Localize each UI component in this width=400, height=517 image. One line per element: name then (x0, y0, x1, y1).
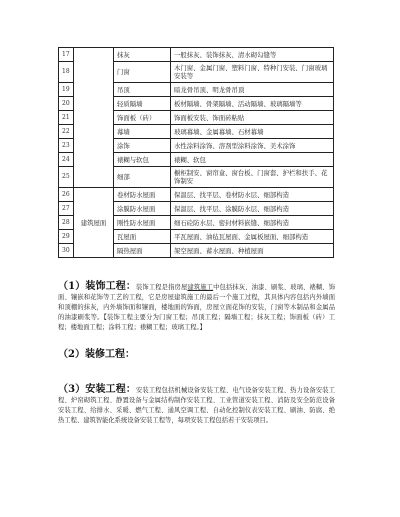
item-name: 裱糊与软包 (114, 153, 171, 167)
item-description: 保温层、找平层、卷材防水层、细部构造 (171, 188, 334, 202)
document-page: 17 抹灰 一般抹灰、装饰抹灰、清水砌勾缝等 18 门窗 木门窗、金属门窗、塑料… (0, 0, 400, 517)
item-name: 幕墙 (114, 125, 171, 139)
item-description: 架空屋面、蓄水屋面、种植屋面 (171, 244, 334, 258)
item-name: 抹灰 (114, 48, 171, 62)
underlined-link-text: 建筑施工 (187, 284, 213, 291)
row-number: 24 (59, 153, 74, 167)
item-description: 平瓦屋面、油毡瓦屋面、金属板屋面、细部构造 (171, 230, 334, 244)
item-name: 门窗 (114, 62, 171, 83)
section-heading-renovation: （2）装修工程： (58, 345, 135, 360)
item-name: 轻质隔墙 (114, 97, 171, 111)
table-row: 17 抹灰 一般抹灰、装饰抹灰、清水砌勾缝等 (59, 48, 334, 62)
row-number: 30 (59, 244, 74, 258)
item-description: 玻璃幕墙、金属幕墙、石材幕墙 (171, 125, 334, 139)
item-name: 吊顶 (114, 83, 171, 97)
row-number: 17 (59, 48, 74, 62)
table-row: 26 建筑屋面 卷材防水屋面 保温层、找平层、卷材防水层、细部构造 (59, 188, 334, 202)
item-description: 水性涂料涂饰、溶剂型涂料涂饰、美术涂饰 (171, 139, 334, 153)
row-number: 18 (59, 62, 74, 83)
row-number: 27 (59, 202, 74, 216)
item-description: 一般抹灰、装饰抹灰、清水砌勾缝等 (171, 48, 334, 62)
row-number: 29 (59, 230, 74, 244)
row-number: 19 (59, 83, 74, 97)
item-description: 保温层、找平层、涂膜防水层、细部构造 (171, 202, 334, 216)
item-description: 裱糊、软包 (171, 153, 334, 167)
section-heading-decoration: （1）装饰工程： (58, 281, 136, 292)
item-description: 橱柜制安、窗帘盒、窗台板、门窗套、护栏和扶手、花饰制安 (171, 167, 334, 188)
section-heading-installation: （3）安装工程： (58, 384, 136, 395)
engineering-breakdown-table: 17 抹灰 一般抹灰、装饰抹灰、清水砌勾缝等 18 门窗 木门窗、金属门窗、塑料… (58, 47, 334, 258)
section-installation-paragraph: （3）安装工程：安装工程包括机械设备安装工程、电气设备安装工程、热力设备安装工程… (58, 385, 335, 426)
item-name: 刚性防水屋面 (114, 216, 171, 230)
row-number: 25 (59, 167, 74, 188)
category-cell-roof: 建筑屋面 (74, 188, 114, 258)
item-name: 细部 (114, 167, 171, 188)
item-name: 隔热屋面 (114, 244, 171, 258)
item-description: 板材隔墙、骨架隔墙、活动隔墙、玻璃隔墙等 (171, 97, 334, 111)
item-description: 暗龙骨吊顶、明龙骨吊顶 (171, 83, 334, 97)
row-number: 20 (59, 97, 74, 111)
item-name: 瓦屋面 (114, 230, 171, 244)
item-name: 涂膜防水屋面 (114, 202, 171, 216)
row-number: 26 (59, 188, 74, 202)
item-name: 卷材防水屋面 (114, 188, 171, 202)
item-description: 木门窗、金属门窗、塑料门窗、特种门安装、门窗玻璃安装等 (171, 62, 334, 83)
category-cell-decoration (74, 48, 114, 188)
item-description: 细石砼防水层、密封材料嵌缝、细部构造 (171, 216, 334, 230)
item-name: 饰面板（砖） (114, 111, 171, 125)
row-number: 23 (59, 139, 74, 153)
item-description: 饰面板安装、饰面砖粘贴 (171, 111, 334, 125)
section-decoration-paragraph: （1）装饰工程：装饰工程是指房屋建筑施工中包括抹灰、油漆、刷浆、玻璃、裱糊、饰面… (58, 282, 335, 333)
item-name: 涂饰 (114, 139, 171, 153)
paragraph-text: 装饰工程是指房屋 (136, 284, 187, 291)
row-number: 21 (59, 111, 74, 125)
row-number: 22 (59, 125, 74, 139)
row-number: 28 (59, 216, 74, 230)
